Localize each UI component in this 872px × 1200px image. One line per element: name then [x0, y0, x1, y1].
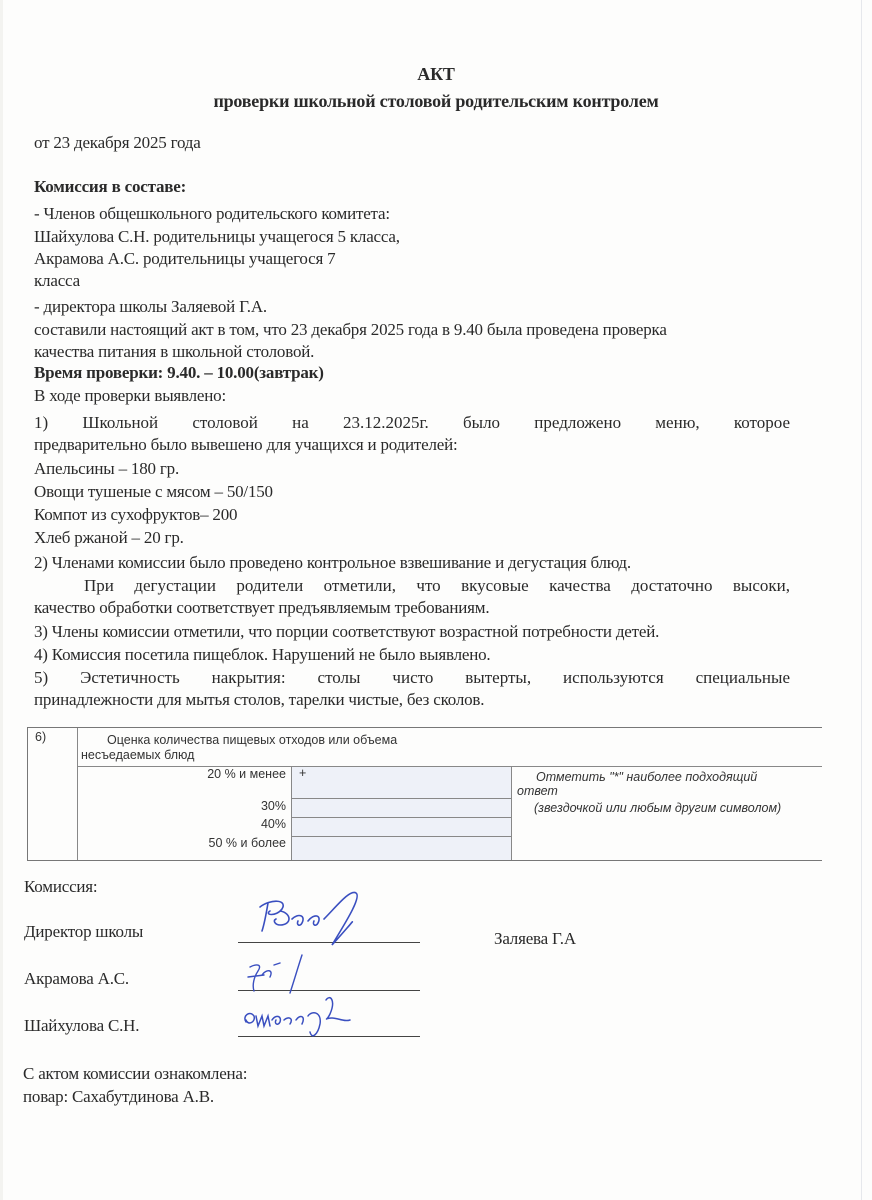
divider — [77, 728, 78, 860]
document-title: АКТ — [0, 64, 872, 84]
mark-cells-background — [291, 766, 511, 860]
inspection-time: Время проверки: 9.40. – 10.00(завтрак) — [34, 363, 324, 383]
document-date: от 23 декабря 2025 года — [34, 133, 201, 153]
divider — [291, 766, 292, 860]
signer-role: Акрамова А.С. — [24, 969, 129, 989]
commission-line: Акрамова А.С. родительницы учащегося 7 — [34, 249, 335, 269]
signature-director-icon — [240, 885, 380, 955]
divider — [77, 766, 822, 767]
option-label: 30% — [261, 799, 286, 814]
item-5-line2: принадлежности для мытья столов, тарелки… — [34, 690, 484, 710]
found-label: В ходе проверки выявлено: — [34, 386, 226, 406]
statement-line: составили настоящий акт в том, что 23 де… — [34, 320, 667, 340]
option-label: 50 % и более — [209, 836, 286, 851]
menu-item: Апельсины – 180 гр. — [34, 459, 179, 479]
instruction: Отметить "*" наиболее подходящий — [536, 770, 757, 785]
commission-line: класса — [34, 271, 80, 291]
signature-akramova-icon — [240, 955, 320, 995]
item-4: 4) Комиссия посетила пищеблок. Нарушений… — [34, 645, 490, 665]
item-1-line2: предварительно было вывешено для учащихс… — [34, 435, 458, 455]
option-label: 20 % и менее — [207, 767, 286, 782]
menu-item: Компот из сухофруктов– 200 — [34, 505, 237, 525]
document-subtitle: проверки школьной столовой родительским … — [0, 91, 872, 111]
signature-shaikhulova-icon — [240, 990, 370, 1045]
menu-item: Хлеб ржаной – 20 гр. — [34, 528, 184, 548]
commission-heading: Комиссия в составе: — [34, 177, 186, 197]
item-1-line1: 1) Школьной столовой на 23.12.2025г. был… — [34, 413, 790, 433]
tasting-line1: При дегустации родители отметили, что вк… — [84, 576, 790, 596]
item-3: 3) Члены комиссии отметили, что порции с… — [34, 622, 659, 642]
scan-edge-left — [0, 0, 3, 1200]
waste-table: 6) Оценка количества пищевых отходов или… — [27, 727, 822, 861]
cook-name: повар: Сахабутдинова А.В. — [23, 1087, 214, 1107]
instruction: ответ — [517, 784, 558, 799]
table-heading: несъедаемых блюд — [81, 748, 194, 763]
item-2: 2) Членами комиссии было проведено контр… — [34, 553, 631, 573]
option-mark[interactable]: + — [299, 766, 306, 781]
divider — [291, 798, 511, 799]
commission-line: - директора школы Заляевой Г.А. — [34, 297, 267, 317]
table-item-number: 6) — [35, 730, 46, 745]
divider — [291, 836, 511, 837]
signer-name: Заляева Г.А — [494, 929, 576, 949]
divider — [511, 766, 512, 860]
scan-edge — [861, 0, 862, 1200]
signer-role: Директор школы — [24, 922, 143, 942]
signer-role: Шайхулова С.Н. — [24, 1016, 139, 1036]
divider — [291, 817, 511, 818]
tasting-line2: качество обработки соответствует предъяв… — [34, 598, 489, 618]
signatures-heading: Комиссия: — [24, 877, 97, 897]
option-label: 40% — [261, 817, 286, 832]
commission-line: - Членов общешкольного родительского ком… — [34, 204, 390, 224]
menu-item: Овощи тушеные с мясом – 50/150 — [34, 482, 273, 502]
acknowledged-label: С актом комиссии ознакомлена: — [23, 1064, 247, 1084]
item-5-line1: 5) Эстетичность накрытия: столы чисто вы… — [34, 668, 790, 688]
instruction: (звездочкой или любым другим символом) — [534, 801, 781, 816]
table-heading: Оценка количества пищевых отходов или об… — [107, 733, 397, 748]
statement-line: качества питания в школьной столовой. — [34, 342, 314, 362]
commission-line: Шайхулова С.Н. родительницы учащегося 5 … — [34, 227, 400, 247]
